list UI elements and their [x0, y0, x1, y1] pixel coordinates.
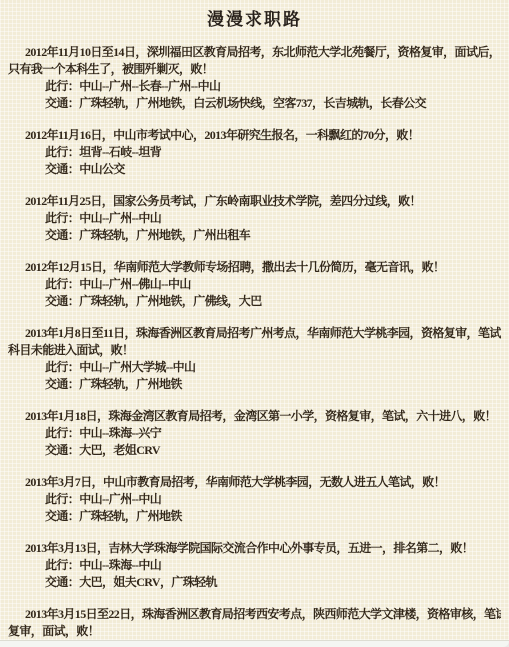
journal-entry: 2013年3月7日，中山市教育局招考，华南师范大学桃李园，无数人进五人笔试，败！…	[8, 474, 501, 525]
trip-route-line: 此行：中山--广州--长春--广州--中山	[8, 78, 501, 95]
journal-entry: 2012年11月25日，国家公务员考试，广东岭南职业技术学院，差四分过线，败！ …	[8, 193, 501, 244]
transport-line: 交通：广珠轻轨，广州地铁，广佛线，大巴	[8, 293, 501, 310]
journal-entry: 2013年3月15日至22日，珠海香洲区教育局招考西安考点，陕西师范大学文津楼，…	[8, 606, 501, 640]
trip-route-line: 此行：中山--广州--佛山--中山	[8, 276, 501, 293]
page-bottom-edge	[0, 640, 509, 647]
transport-line: 交通：广珠轻轨，广州地铁，广州出租车	[8, 227, 501, 244]
entry-date-line: 2013年3月15日至22日，珠海香洲区教育局招考西安考点，陕西师范大学文津楼，…	[8, 606, 501, 623]
transport-line: 交通：中山公交	[8, 161, 501, 178]
entry-continuation-line: 复审，面试，败！	[8, 623, 501, 640]
transport-line: 交通：广珠轻轨，广州地铁	[8, 508, 501, 525]
page-title: 漫漫求职路	[8, 8, 501, 32]
entry-date-line: 2012年11月25日，国家公务员考试，广东岭南职业技术学院，差四分过线，败！	[8, 193, 501, 210]
trip-route-line: 此行：中山--珠海--中山	[8, 557, 501, 574]
transport-line: 交通：广珠轻轨，广州地铁，白云机场快线，空客737，长吉城轨，长春公交	[8, 95, 501, 112]
journal-entry: 2013年1月18日，珠海金湾区教育局招考，金湾区第一小学，资格复审，笔试，六十…	[8, 408, 501, 459]
entry-continuation-line: 只有我一个本科生了，被围歼剿灭，败！	[8, 61, 501, 78]
transport-line: 交通：大巴，姐夫CRV，广珠轻轨	[8, 574, 501, 591]
trip-route-line: 此行：坦背--石岐--坦背	[8, 144, 501, 161]
transport-line: 交通：大巴，老姐CRV	[8, 442, 501, 459]
entry-date-line: 2013年3月13日，吉林大学珠海学院国际交流合作中心外事专员，五进一，排名第二…	[8, 540, 501, 557]
journal-entry: 2013年3月13日，吉林大学珠海学院国际交流合作中心外事专员，五进一，排名第二…	[8, 540, 501, 591]
journal-entry: 2012年11月16日，中山市考试中心，2013年研究生报名，一科飘红的70分，…	[8, 127, 501, 178]
transport-line: 交通：广珠轻轨，广州地铁	[8, 376, 501, 393]
journal-entry: 2013年1月8日至11日，珠海香洲区教育局招考广州考点，华南师范大学桃李园，资…	[8, 325, 501, 393]
trip-route-line: 此行：中山--珠海--兴宁	[8, 425, 501, 442]
entry-continuation-line: 科目未能进入面试，败！	[8, 342, 501, 359]
entry-date-line: 2012年12月15日，华南师范大学教师专场招聘，撒出去十几份简历，毫无音讯，败…	[8, 259, 501, 276]
journal-entry: 2012年12月15日，华南师范大学教师专场招聘，撒出去十几份简历，毫无音讯，败…	[8, 259, 501, 310]
trip-route-line: 此行：中山--广州--中山	[8, 210, 501, 227]
entry-date-line: 2012年11月10日至14日，深圳福田区教育局招考，东北师范大学北苑餐厅，资格…	[8, 44, 501, 61]
entry-date-line: 2013年3月7日，中山市教育局招考，华南师范大学桃李园，无数人进五人笔试，败！	[8, 474, 501, 491]
entry-date-line: 2013年1月18日，珠海金湾区教育局招考，金湾区第一小学，资格复审，笔试，六十…	[8, 408, 501, 425]
entry-date-line: 2012年11月16日，中山市考试中心，2013年研究生报名，一科飘红的70分，…	[8, 127, 501, 144]
journal-entry: 2012年11月10日至14日，深圳福田区教育局招考，东北师范大学北苑餐厅，资格…	[8, 44, 501, 112]
trip-route-line: 此行：中山--广州大学城--中山	[8, 359, 501, 376]
trip-route-line: 此行：中山--广州--中山	[8, 491, 501, 508]
entry-date-line: 2013年1月8日至11日，珠海香洲区教育局招考广州考点，华南师范大学桃李园，资…	[8, 325, 501, 342]
document-page: 漫漫求职路 2012年11月10日至14日，深圳福田区教育局招考，东北师范大学北…	[0, 0, 509, 640]
